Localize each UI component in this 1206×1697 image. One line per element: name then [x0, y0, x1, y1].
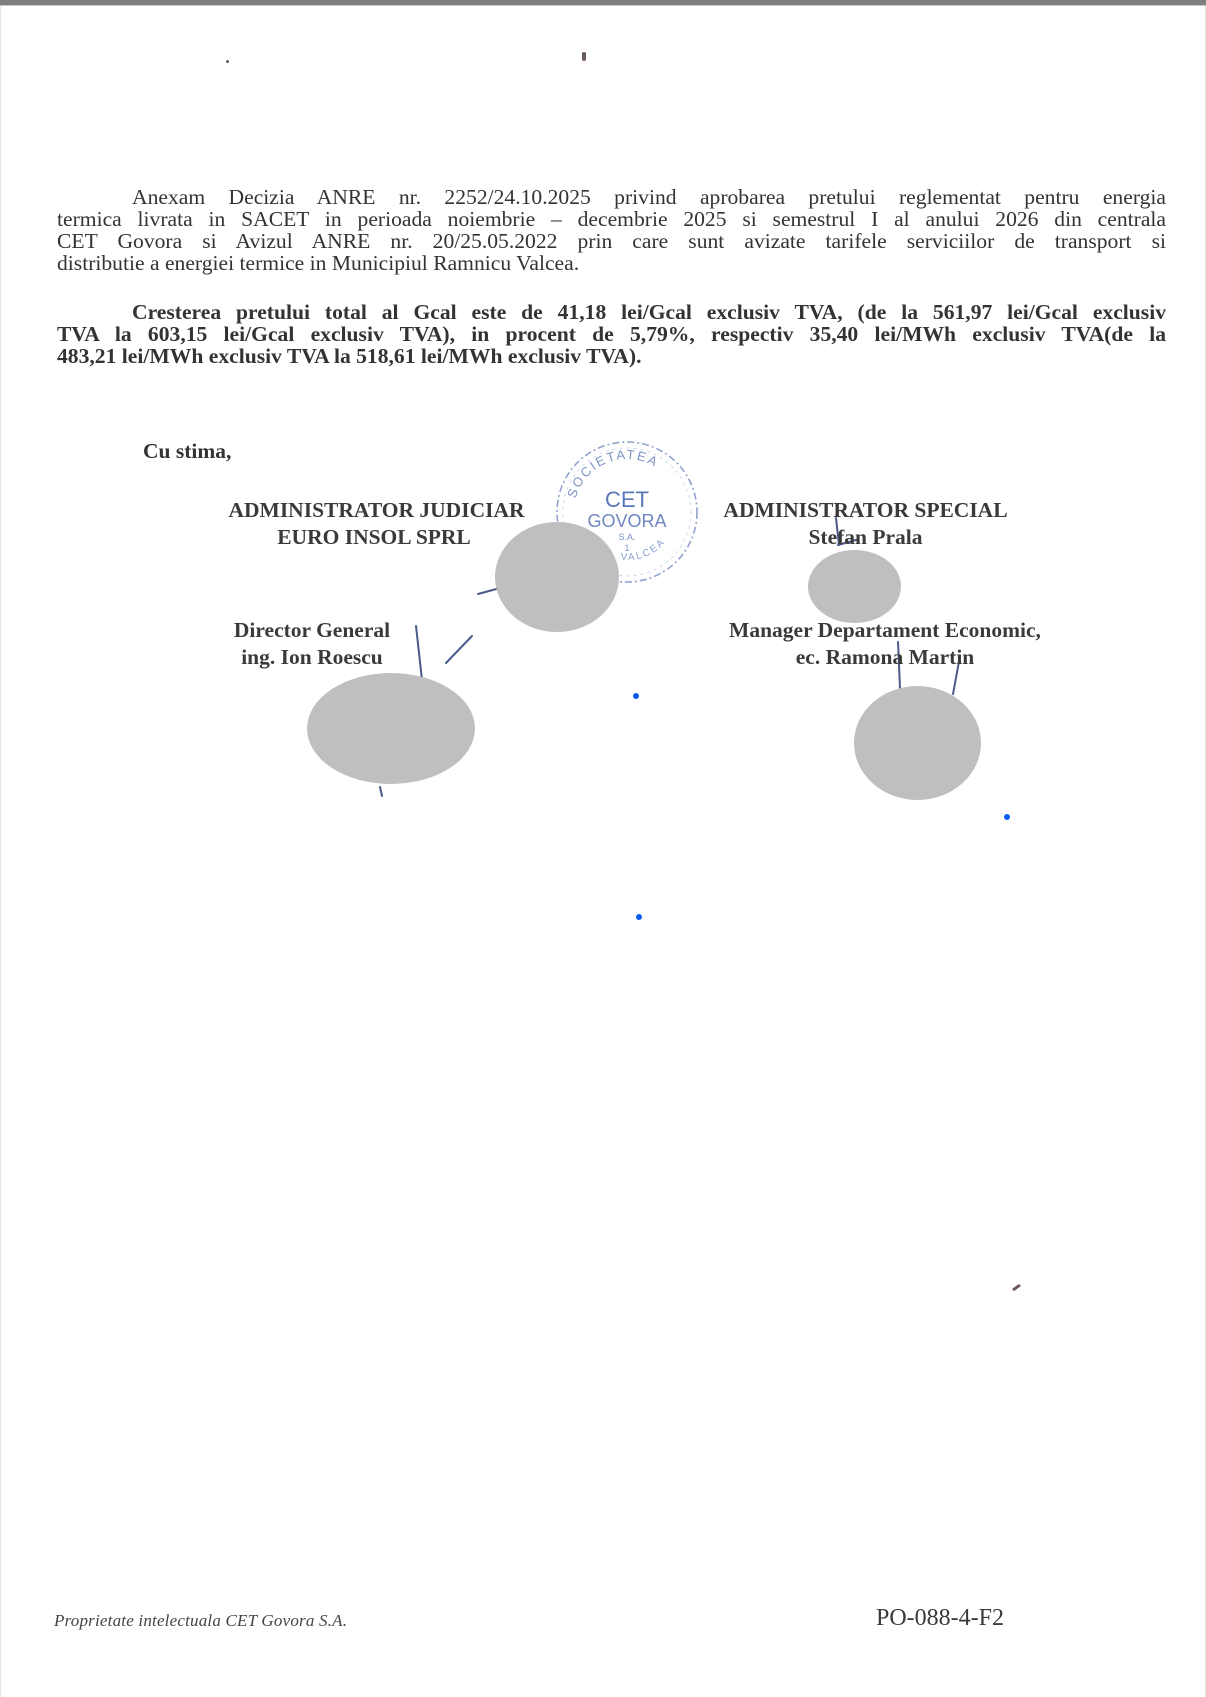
signature-stroke-director: [416, 626, 422, 680]
closing-salutation: Cu stima,: [143, 439, 231, 464]
signatory-director-general: Director General ing. Ion Roescu: [212, 617, 412, 671]
marker-dot: [636, 914, 642, 920]
stamp-line-govora: GOVORA: [587, 511, 666, 531]
paragraph-line: Anexam Decizia ANRE nr. 2252/24.10.2025 …: [57, 186, 1166, 208]
redaction-signature-manager: [854, 686, 981, 800]
redaction-signature-admin-special: [808, 550, 901, 623]
signatory-name: ing. Ion Roescu: [212, 644, 412, 671]
marker-dot: [1004, 814, 1010, 820]
footer-form-code: PO-088-4-F2: [876, 1605, 1004, 1632]
marker-dot: [633, 693, 639, 699]
signature-stroke-director: [446, 636, 472, 663]
signature-stroke-director: [380, 787, 382, 796]
signatory-title: ADMINISTRATOR JUDICIAR: [204, 497, 549, 524]
signatory-admin-judiciar: ADMINISTRATOR JUDICIAR EURO INSOL SPRL: [204, 497, 549, 551]
stamp-line-number: 1: [624, 543, 629, 553]
paragraph-line: distributie a energiei termice in Munici…: [57, 252, 1166, 274]
signatory-name: EURO INSOL SPRL: [199, 524, 549, 551]
paragraph-line: Cresterea pretului total al Gcal este de…: [57, 301, 1166, 323]
scan-speck: [582, 52, 586, 61]
footer-ip-notice: Proprietate intelectuala CET Govora S.A.: [54, 1611, 347, 1631]
signatory-title: ADMINISTRATOR SPECIAL: [703, 497, 1028, 524]
paragraph-price-increase: Cresterea pretului total al Gcal este de…: [57, 301, 1166, 367]
scan-speck: [226, 60, 229, 63]
paragraph-line: TVA la 603,15 lei/Gcal exclusiv TVA), in…: [57, 323, 1166, 345]
paragraph-anexam: Anexam Decizia ANRE nr. 2252/24.10.2025 …: [57, 186, 1166, 274]
redaction-signature-director: [307, 673, 475, 784]
page-left-edge: [0, 6, 1, 1697]
signatory-title: Manager Departament Economic,: [709, 617, 1061, 644]
viewer-top-bar-edge: [0, 5, 1206, 6]
scan-speck: [1012, 1284, 1021, 1292]
signatory-manager-economic: Manager Departament Economic, ec. Ramona…: [709, 617, 1061, 671]
signatory-title: Director General: [212, 617, 412, 644]
signatory-name: Stefan Prala: [703, 524, 1028, 551]
paragraph-line: 483,21 lei/MWh exclusiv TVA la 518,61 le…: [57, 345, 1166, 367]
stamp-line-sa: S.A.: [618, 532, 635, 542]
redaction-signature-admin-judiciar: [495, 522, 619, 632]
paragraph-line: CET Govora si Avizul ANRE nr. 20/25.05.2…: [57, 230, 1166, 252]
signatory-name: ec. Ramona Martin: [709, 644, 1061, 671]
stamp-line-cet: CET: [605, 487, 649, 512]
paragraph-line: termica livrata in SACET in perioada noi…: [57, 208, 1166, 230]
signatory-admin-special: ADMINISTRATOR SPECIAL Stefan Prala: [703, 497, 1028, 551]
